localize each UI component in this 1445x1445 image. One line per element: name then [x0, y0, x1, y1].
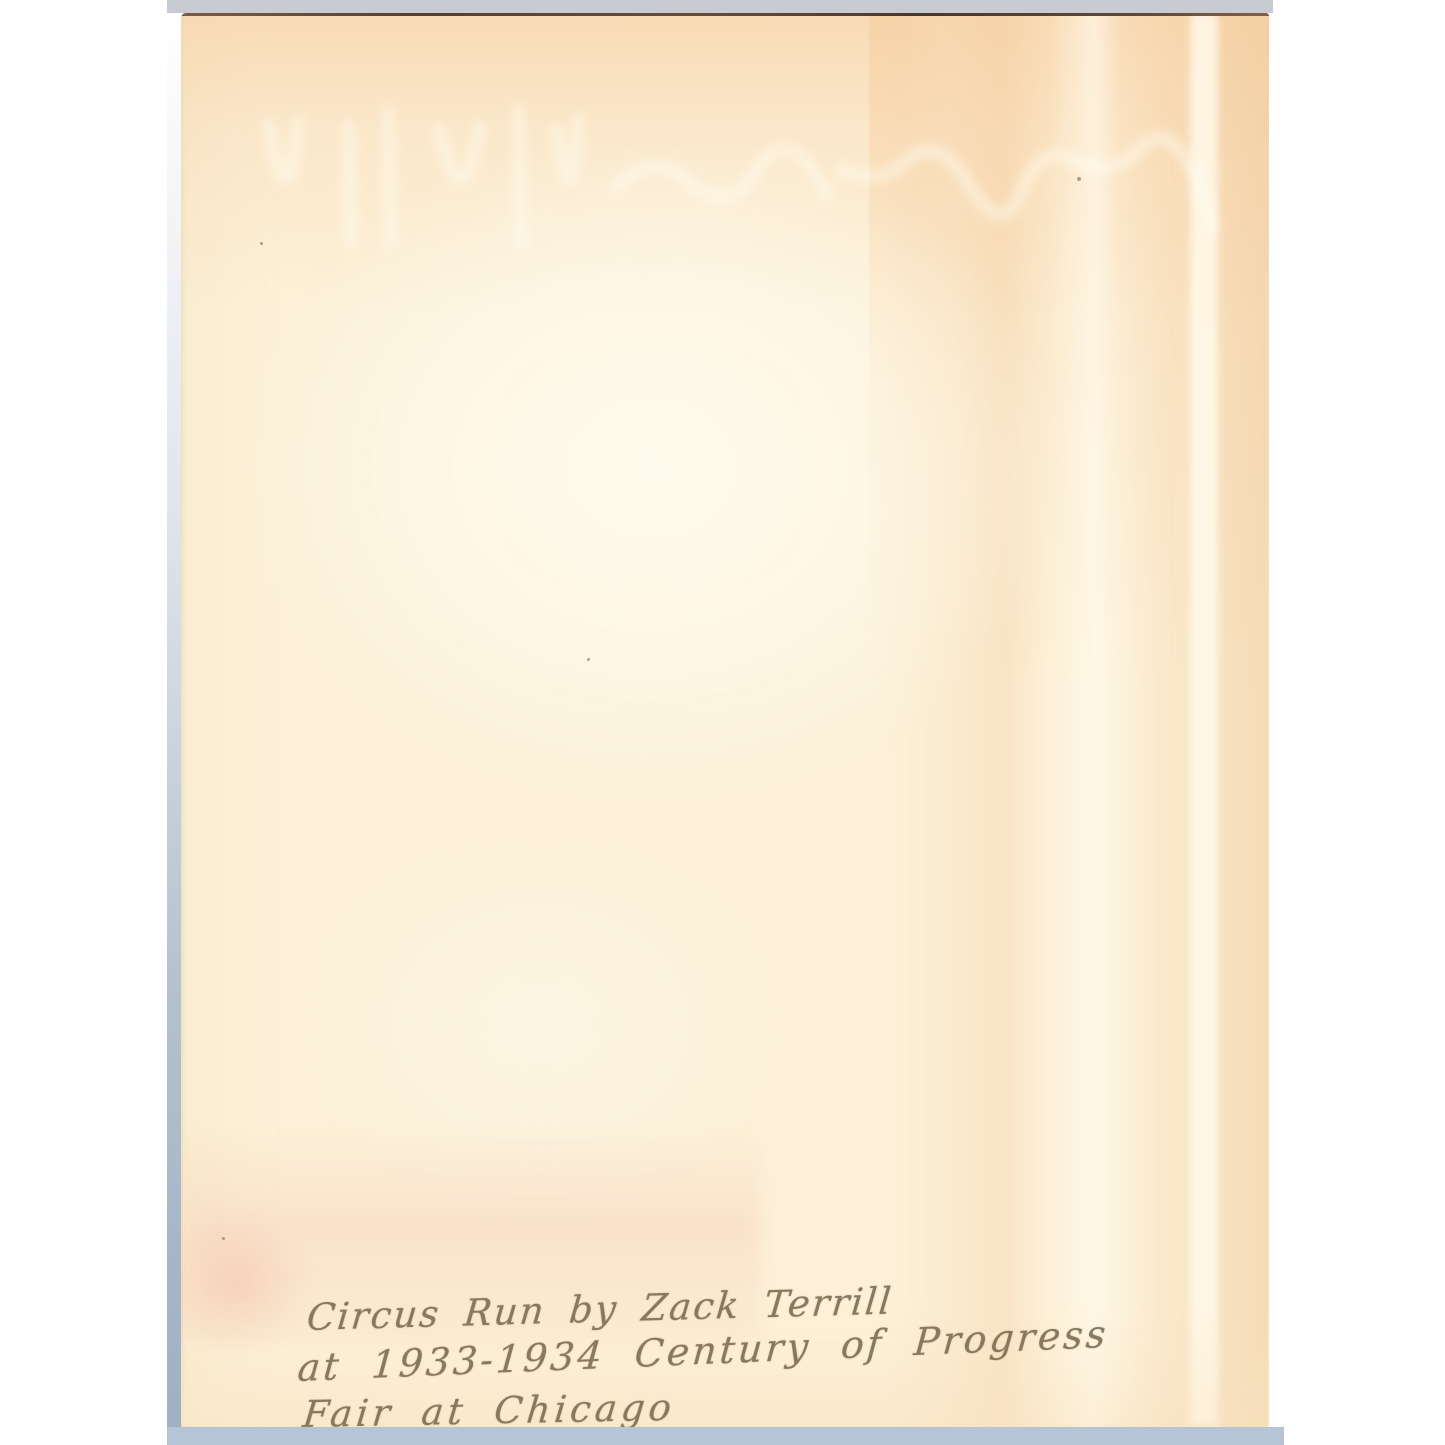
photo-back-paper: Circus Run by Zack Terrill at 1933-1934 … [181, 13, 1269, 1427]
backdrop-strip-left [167, 13, 182, 1427]
handwritten-note-line-3: Fair at Chicago [301, 1386, 677, 1427]
photo-back-scan: Circus Run by Zack Terrill at 1933-1934 … [0, 0, 1445, 1445]
paper-speck [587, 658, 590, 661]
paper-speck [260, 242, 263, 245]
backdrop-strip-bottom [167, 1427, 1284, 1445]
paper-top-edge-shadow [181, 13, 1269, 16]
ghost-mirrored-writing [222, 51, 1229, 316]
backdrop-strip-top [167, 0, 1273, 13]
paper-speck [222, 1237, 225, 1240]
paper-speck [1077, 177, 1081, 181]
